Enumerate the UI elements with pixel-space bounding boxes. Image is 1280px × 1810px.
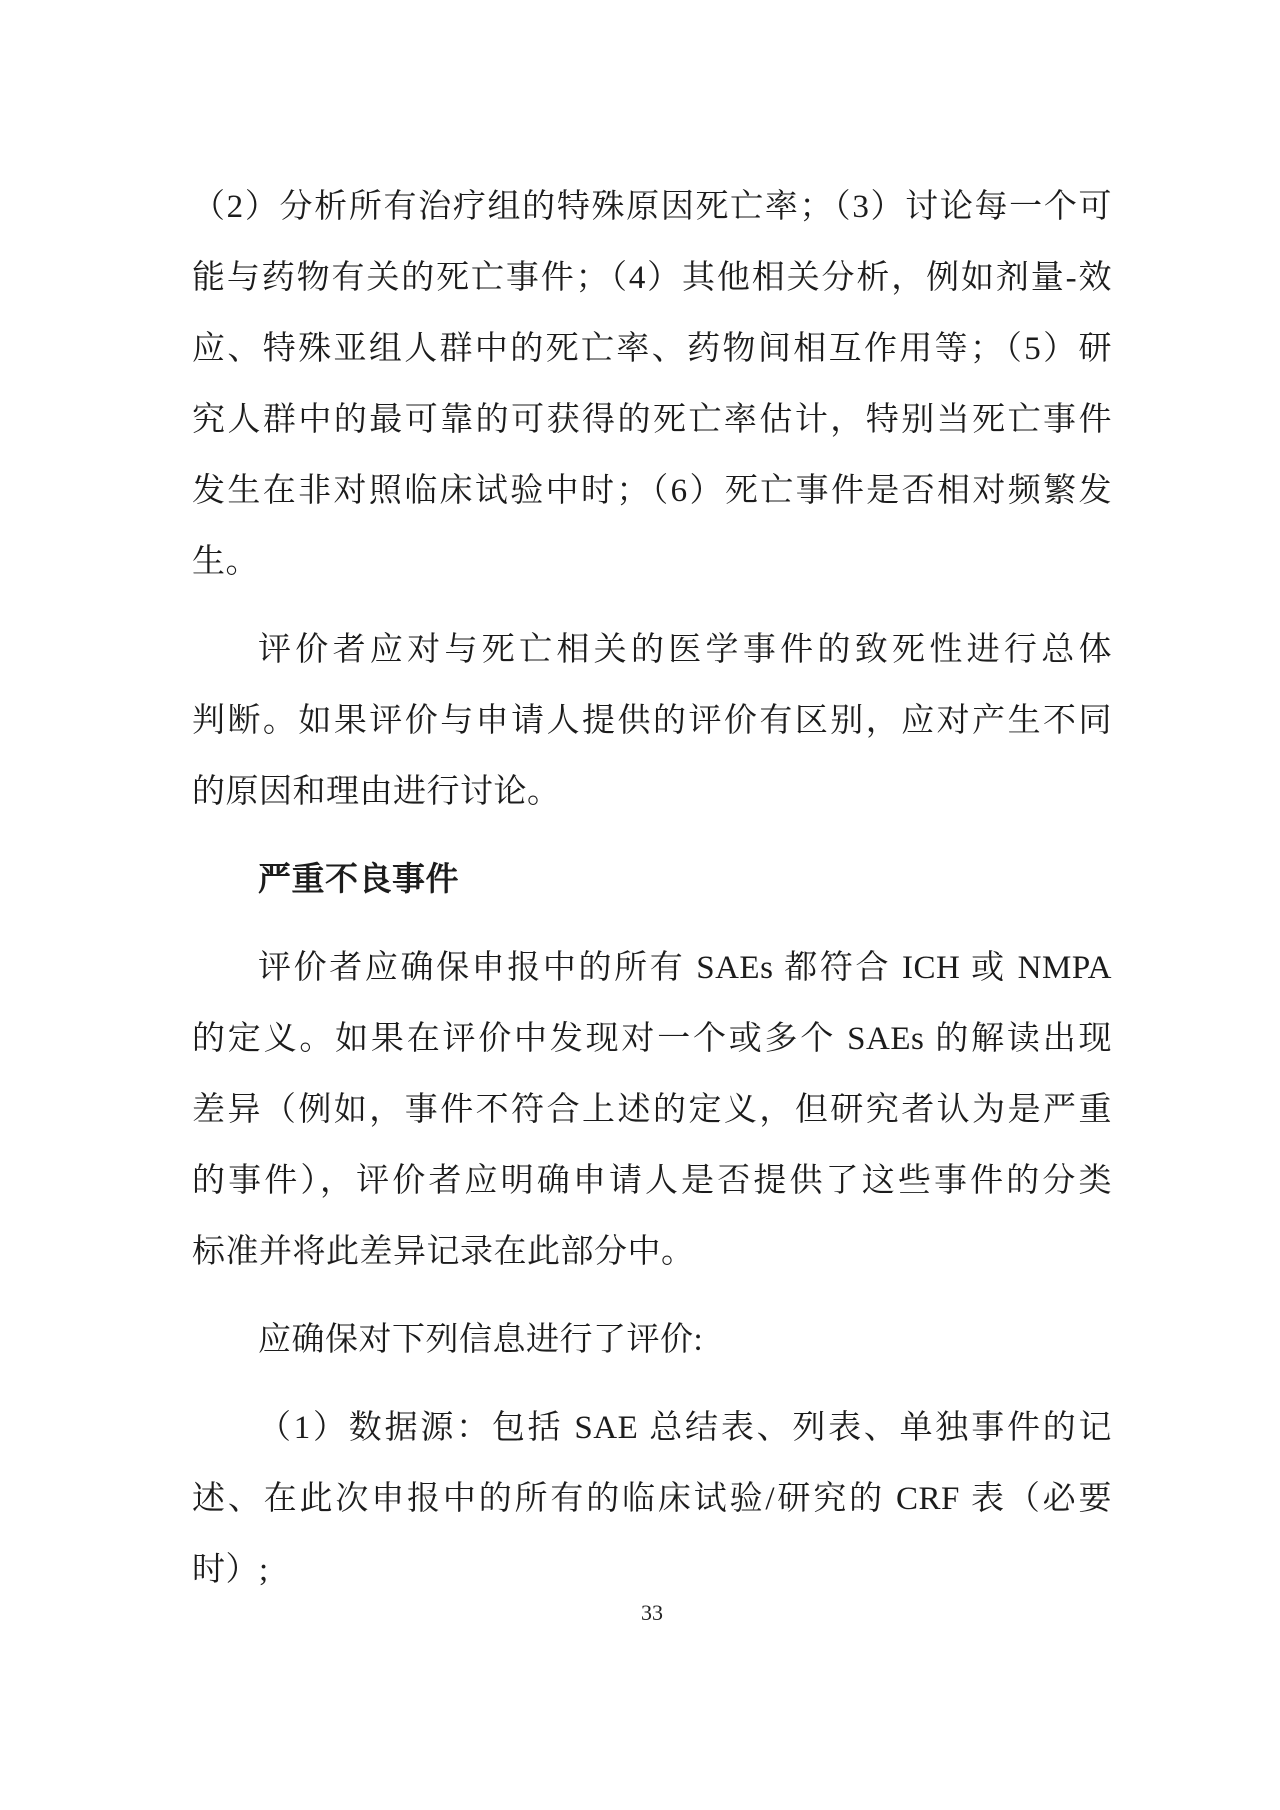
text-line: （1）数据源：包括 SAE 总结表、列表、单独事件的记 (192, 1393, 1112, 1464)
text-line: 的事件），评价者应明确申请人是否提供了这些事件的分类 (192, 1146, 1112, 1217)
text-line: 究人群中的最可靠的可获得的死亡率估计，特别当死亡事件 (192, 385, 1112, 456)
paragraph: （2）分析所有治疗组的特殊原因死亡率；（3）讨论每一个可能与药物有关的死亡事件；… (192, 172, 1112, 598)
heading-text-line: 严重不良事件 (192, 845, 1112, 916)
text-line: 评价者应确保申报中的所有 SAEs 都符合 ICH 或 NMPA (192, 933, 1112, 1004)
text-line: 生。 (192, 527, 1112, 598)
text-line: 应、特殊亚组人群中的死亡率、药物间相互作用等；（5）研 (192, 314, 1112, 385)
text-line: 的原因和理由进行讨论。 (192, 757, 1112, 828)
page-number: 33 (641, 1600, 663, 1625)
text-line: （2）分析所有治疗组的特殊原因死亡率；（3）讨论每一个可 (192, 172, 1112, 243)
text-line: 差异（例如，事件不符合上述的定义，但研究者认为是严重 (192, 1075, 1112, 1146)
document-body: （2）分析所有治疗组的特殊原因死亡率；（3）讨论每一个可能与药物有关的死亡事件；… (192, 172, 1112, 1606)
text-line: 发生在非对照临床试验中时；（6）死亡事件是否相对频繁发 (192, 456, 1112, 527)
paragraph: （1）数据源：包括 SAE 总结表、列表、单独事件的记述、在此次申报中的所有的临… (192, 1393, 1112, 1606)
document-page: （2）分析所有治疗组的特殊原因死亡率；（3）讨论每一个可能与药物有关的死亡事件；… (0, 0, 1280, 1810)
page-footer: 33 (192, 1598, 1112, 1628)
text-line: 评价者应对与死亡相关的医学事件的致死性进行总体 (192, 615, 1112, 686)
text-line: 述、在此次申报中的所有的临床试验/研究的 CRF 表（必要 (192, 1464, 1112, 1535)
paragraph: 应确保对下列信息进行了评价: (192, 1305, 1112, 1376)
text-line: 应确保对下列信息进行了评价: (192, 1305, 1112, 1376)
section-heading: 严重不良事件 (192, 845, 1112, 916)
text-line: 能与药物有关的死亡事件；（4）其他相关分析，例如剂量-效 (192, 243, 1112, 314)
text-line: 时）; (192, 1535, 1112, 1606)
text-line: 标准并将此差异记录在此部分中。 (192, 1217, 1112, 1288)
paragraph: 评价者应对与死亡相关的医学事件的致死性进行总体判断。如果评价与申请人提供的评价有… (192, 615, 1112, 828)
text-line: 判断。如果评价与申请人提供的评价有区别，应对产生不同 (192, 686, 1112, 757)
paragraph: 评价者应确保申报中的所有 SAEs 都符合 ICH 或 NMPA的定义。如果在评… (192, 933, 1112, 1288)
text-line: 的定义。如果在评价中发现对一个或多个 SAEs 的解读出现 (192, 1004, 1112, 1075)
